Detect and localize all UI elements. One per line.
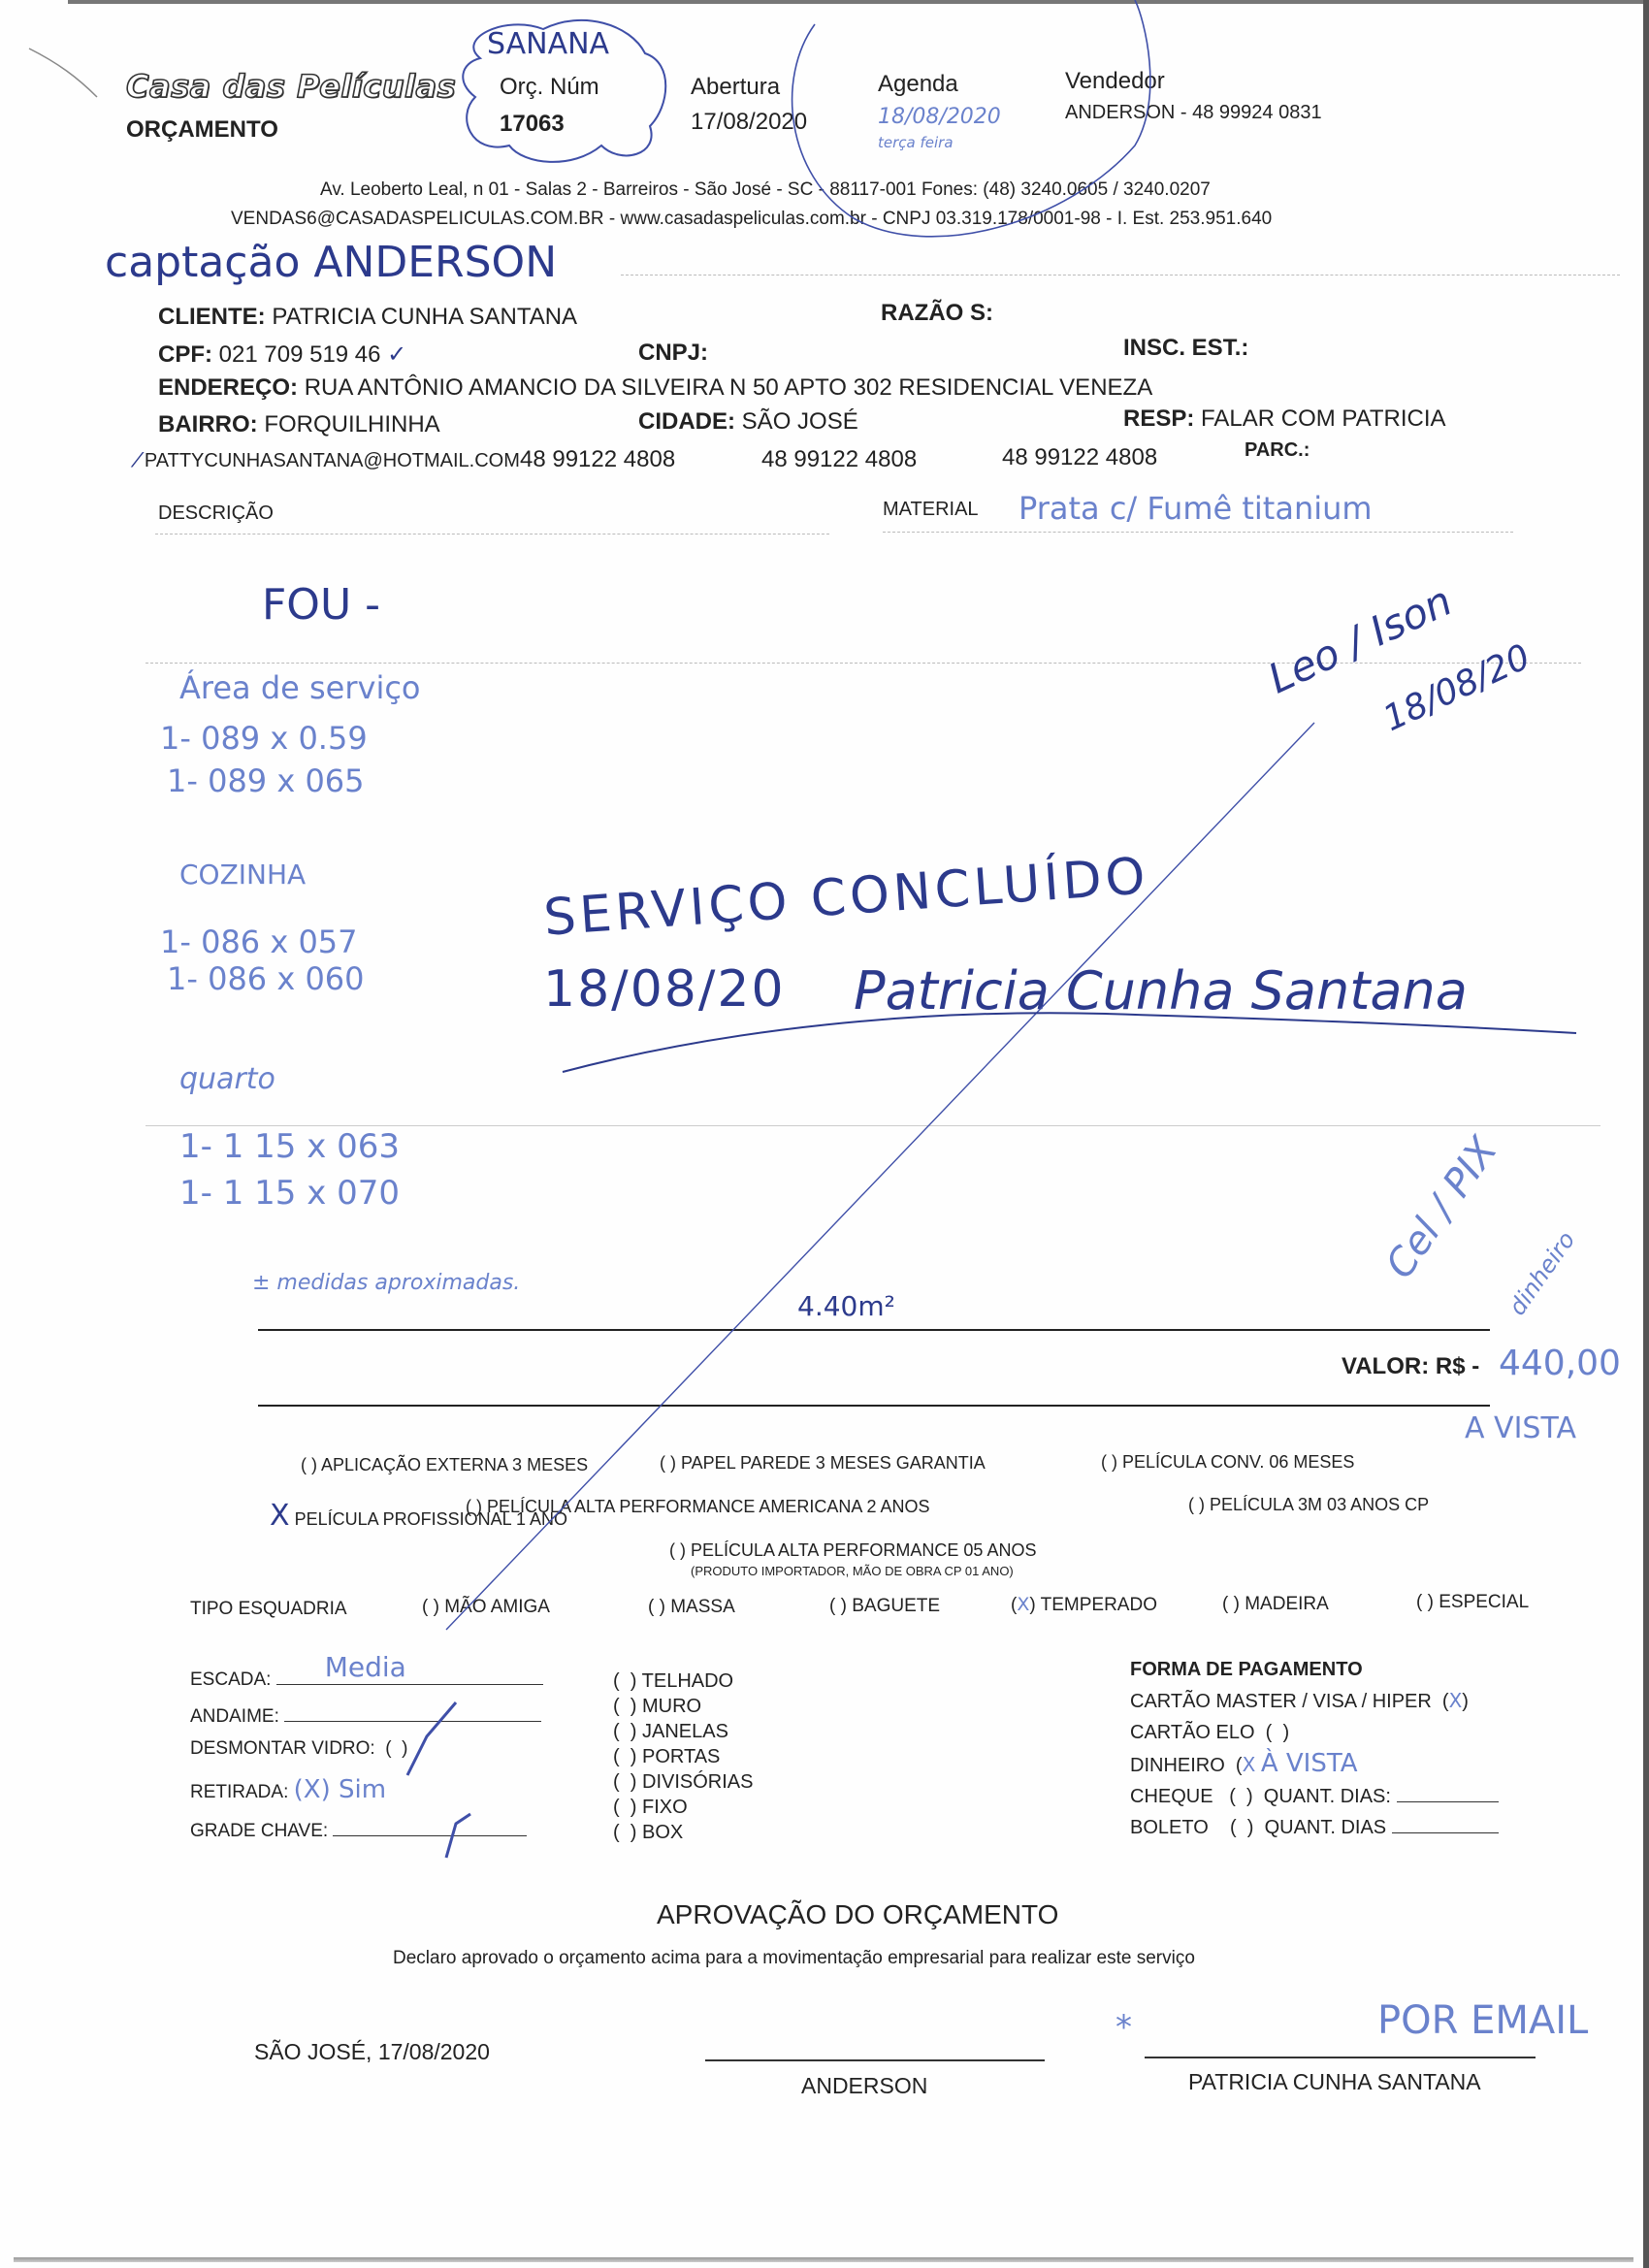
- x-mark-icon: X: [270, 1499, 290, 1533]
- email-value: PATTYCUNHASANTANA@HOTMAIL.COM: [145, 450, 520, 471]
- bairro-value: FORQUILHINHA: [264, 411, 439, 437]
- esquadria-option-checked[interactable]: (X) TEMPERADO: [1011, 1594, 1157, 1616]
- phone-2: 48 99122 4808: [761, 446, 917, 473]
- payment-option-checked[interactable]: DINHEIRO (X À VISTA: [1130, 1748, 1499, 1781]
- seller-signature-label: ANDERSON: [801, 2073, 927, 2099]
- esquadria-option[interactable]: ( ) MASSA: [648, 1597, 735, 1618]
- handwritten-tag: SANANA: [487, 27, 609, 61]
- endereco-value: RUA ANTÔNIO AMANCIO DA SILVEIRA N 50 APT…: [305, 374, 1153, 401]
- doc-type: ORÇAMENTO: [126, 116, 278, 144]
- scan-edge-bottom: [14, 2257, 1633, 2262]
- bairro-field: BAIRRO: FORQUILHINHA: [158, 411, 440, 438]
- descricao-underline: [155, 534, 829, 535]
- retirada-value: (X) Sim: [294, 1775, 386, 1804]
- x-mark-icon: X: [1449, 1689, 1463, 1712]
- grade-field[interactable]: GRADE CHAVE:: [190, 1818, 527, 1842]
- valor-value: 440,00: [1499, 1344, 1621, 1383]
- approval-title: APROVAÇÃO DO ORÇAMENTO: [657, 1899, 1058, 1930]
- escada-field[interactable]: ESCADA: Media: [190, 1667, 543, 1691]
- valor-label: VALOR: R$ -: [1342, 1353, 1479, 1380]
- desmontar-field[interactable]: DESMONTAR VIDRO: ( ): [190, 1738, 408, 1760]
- room-name: COZINHA: [179, 859, 306, 891]
- resp-label: RESP:: [1123, 405, 1194, 432]
- payment-title: FORMA DE PAGAMENTO: [1130, 1654, 1499, 1685]
- asterisk-mark: *: [1115, 2008, 1132, 2047]
- esquadria-option[interactable]: ( ) ESPECIAL: [1416, 1592, 1529, 1613]
- parc-label: PARC.:: [1245, 439, 1309, 462]
- bairro-label: BAIRRO:: [158, 411, 258, 437]
- esquadria-label: TIPO ESQUADRIA: [190, 1599, 347, 1620]
- completion-date: 18/08/20: [543, 960, 786, 1019]
- warranty-option[interactable]: ( ) PELÍCULA ALTA PERFORMANCE 05 ANOS: [669, 1540, 1036, 1561]
- material-underline: [883, 532, 1513, 533]
- payment-section: FORMA DE PAGAMENTO CARTÃO MASTER / VISA …: [1130, 1654, 1499, 1843]
- warranty-option[interactable]: ( ) APLICAÇÃO EXTERNA 3 MESES: [301, 1455, 588, 1475]
- total-line: [258, 1329, 1490, 1331]
- room-item: 1- 089 x 065: [167, 762, 365, 799]
- measures-note: ± medidas aproximadas.: [252, 1271, 520, 1295]
- payment-option[interactable]: BOLETO ( ) QUANT. DIAS: [1130, 1812, 1499, 1843]
- room-name: quarto: [179, 1062, 275, 1096]
- payment-option[interactable]: CARTÃO ELO ( ): [1130, 1717, 1499, 1748]
- company-address: Av. Leoberto Leal, n 01 - Salas 2 - Barr…: [320, 179, 1211, 201]
- razao-label: RAZÃO S:: [881, 300, 993, 327]
- agenda-label: Agenda: [878, 71, 958, 98]
- cpf-value: 021 709 519 46: [219, 341, 381, 368]
- room-item: 1- 086 x 057: [160, 923, 358, 960]
- company-logo: Casa das Películas: [126, 68, 456, 105]
- client-signature: Patricia Cunha Santana: [854, 960, 1468, 1021]
- esquadria-option[interactable]: ( ) MÃO AMIGA: [422, 1597, 550, 1618]
- film-type: FOU -: [262, 580, 380, 630]
- material-label: MATERIAL: [883, 499, 979, 521]
- vendedor-value: ANDERSON - 48 99924 0831: [1065, 102, 1322, 124]
- cliente-label: CLIENTE:: [158, 304, 266, 330]
- client-signature-note: POR EMAIL: [1377, 1998, 1588, 2043]
- phone-3: 48 99122 4808: [1002, 444, 1157, 471]
- payment-option[interactable]: CHEQUE ( ) QUANT. DIAS:: [1130, 1781, 1499, 1812]
- check-mark-icon: ⁄: [136, 448, 139, 471]
- room-item: 1- 1 15 x 070: [179, 1174, 400, 1213]
- warranty-option-note: (PRODUTO IMPORTADOR, MÃO DE OBRA CP 01 A…: [691, 1564, 1014, 1578]
- andaime-field[interactable]: ANDAIME:: [190, 1703, 541, 1728]
- vendedor-label: Vendedor: [1065, 68, 1165, 95]
- esquadria-option[interactable]: ( ) MADEIRA: [1222, 1594, 1329, 1615]
- warranty-option[interactable]: ( ) PAPEL PAREDE 3 MESES GARANTIA: [660, 1453, 986, 1474]
- abertura-label: Abertura: [691, 74, 780, 101]
- check-mark-icon: ✓: [387, 340, 406, 368]
- abertura-value: 17/08/2020: [691, 109, 807, 136]
- paper-fold: [145, 1125, 1600, 1126]
- warranty-option[interactable]: ( ) PELÍCULA ALTA PERFORMANCE AMERICANA …: [466, 1497, 929, 1517]
- warranty-option[interactable]: ( ) PELÍCULA CONV. 06 MESES: [1101, 1452, 1354, 1473]
- esquadria-option[interactable]: ( ) BAGUETE: [829, 1596, 940, 1617]
- cnpj-label: CNPJ:: [638, 340, 708, 367]
- phone-1: 48 99122 4808: [520, 446, 675, 473]
- x-mark-icon: X: [1017, 1594, 1029, 1615]
- location-option[interactable]: ( ) JANELAS: [613, 1719, 753, 1744]
- location-option[interactable]: ( ) PORTAS: [613, 1744, 753, 1769]
- company-contact: VENDAS6@CASADASPELICULAS.COM.BR - www.ca…: [231, 209, 1272, 230]
- cidade-field: CIDADE: SÃO JOSÉ: [638, 408, 858, 436]
- escada-value: Media: [325, 1651, 406, 1683]
- client-signature-line: [1145, 2057, 1536, 2058]
- seller-signature-line: [705, 2059, 1045, 2061]
- agenda-value: 18/08/2020: [878, 105, 1001, 129]
- orc-num-label: Orç. Núm: [500, 74, 599, 101]
- resp-field: RESP: FALAR COM PATRICIA: [1123, 405, 1446, 433]
- scan-edge-right: [1643, 0, 1649, 2268]
- location-list: ( ) TELHADO ( ) MURO ( ) JANELAS ( ) POR…: [613, 1669, 753, 1845]
- room-item: 1- 086 x 060: [167, 960, 365, 997]
- insc-label: INSC. EST.:: [1123, 335, 1248, 362]
- location-option[interactable]: ( ) FIXO: [613, 1795, 753, 1820]
- cidade-label: CIDADE:: [638, 408, 735, 435]
- valor-note: A VISTA: [1465, 1411, 1576, 1445]
- scan-edge-top: [68, 0, 1649, 4]
- handwritten-capture: captação ANDERSON: [105, 238, 557, 287]
- resp-value: FALAR COM PATRICIA: [1201, 405, 1445, 432]
- location-option[interactable]: ( ) BOX: [613, 1820, 753, 1845]
- orc-num-value: 17063: [500, 111, 565, 138]
- endereco-label: ENDEREÇO:: [158, 374, 298, 401]
- total-area: 4.40m²: [797, 1290, 895, 1322]
- location-option[interactable]: ( ) DIVISÓRIAS: [613, 1769, 753, 1795]
- warranty-option[interactable]: ( ) PELÍCULA 3M 03 ANOS CP: [1188, 1495, 1429, 1515]
- descricao-label: DESCRIÇÃO: [158, 502, 274, 525]
- client-signature-label: PATRICIA CUNHA SANTANA: [1188, 2069, 1481, 2095]
- divider: [621, 275, 1620, 275]
- payment-option-checked[interactable]: CARTÃO MASTER / VISA / HIPER (X): [1130, 1685, 1499, 1717]
- agenda-note: terça feira: [878, 134, 954, 151]
- location-option[interactable]: ( ) MURO: [613, 1694, 753, 1719]
- cpf-field: CPF: 021 709 519 46 ✓: [158, 340, 406, 369]
- cliente-value: PATRICIA CUNHA SANTANA: [272, 304, 577, 330]
- cidade-value: SÃO JOSÉ: [742, 408, 858, 435]
- retirada-field[interactable]: RETIRADA: (X) Sim: [190, 1775, 386, 1804]
- place-date: SÃO JOSÉ, 17/08/2020: [254, 2039, 490, 2065]
- room-item: 1- 1 15 x 063: [179, 1127, 400, 1166]
- endereco-field: ENDEREÇO: RUA ANTÔNIO AMANCIO DA SILVEIR…: [158, 374, 1152, 402]
- email-field: ⁄ PATTYCUNHASANTANA@HOTMAIL.COM: [136, 448, 520, 472]
- approval-statement: Declaro aprovado o orçamento acima para …: [393, 1948, 1195, 1969]
- cpf-label: CPF:: [158, 341, 212, 368]
- dinheiro-note: À VISTA: [1261, 1749, 1358, 1778]
- total-line: [258, 1405, 1490, 1407]
- room-name: Área de serviço: [179, 669, 421, 706]
- material-value: Prata c/ Fumê titanium: [1018, 490, 1373, 527]
- location-option[interactable]: ( ) TELHADO: [613, 1669, 753, 1694]
- room-item: 1- 089 x 0.59: [160, 720, 368, 757]
- cliente-field: CLIENTE: PATRICIA CUNHA SANTANA: [158, 304, 577, 331]
